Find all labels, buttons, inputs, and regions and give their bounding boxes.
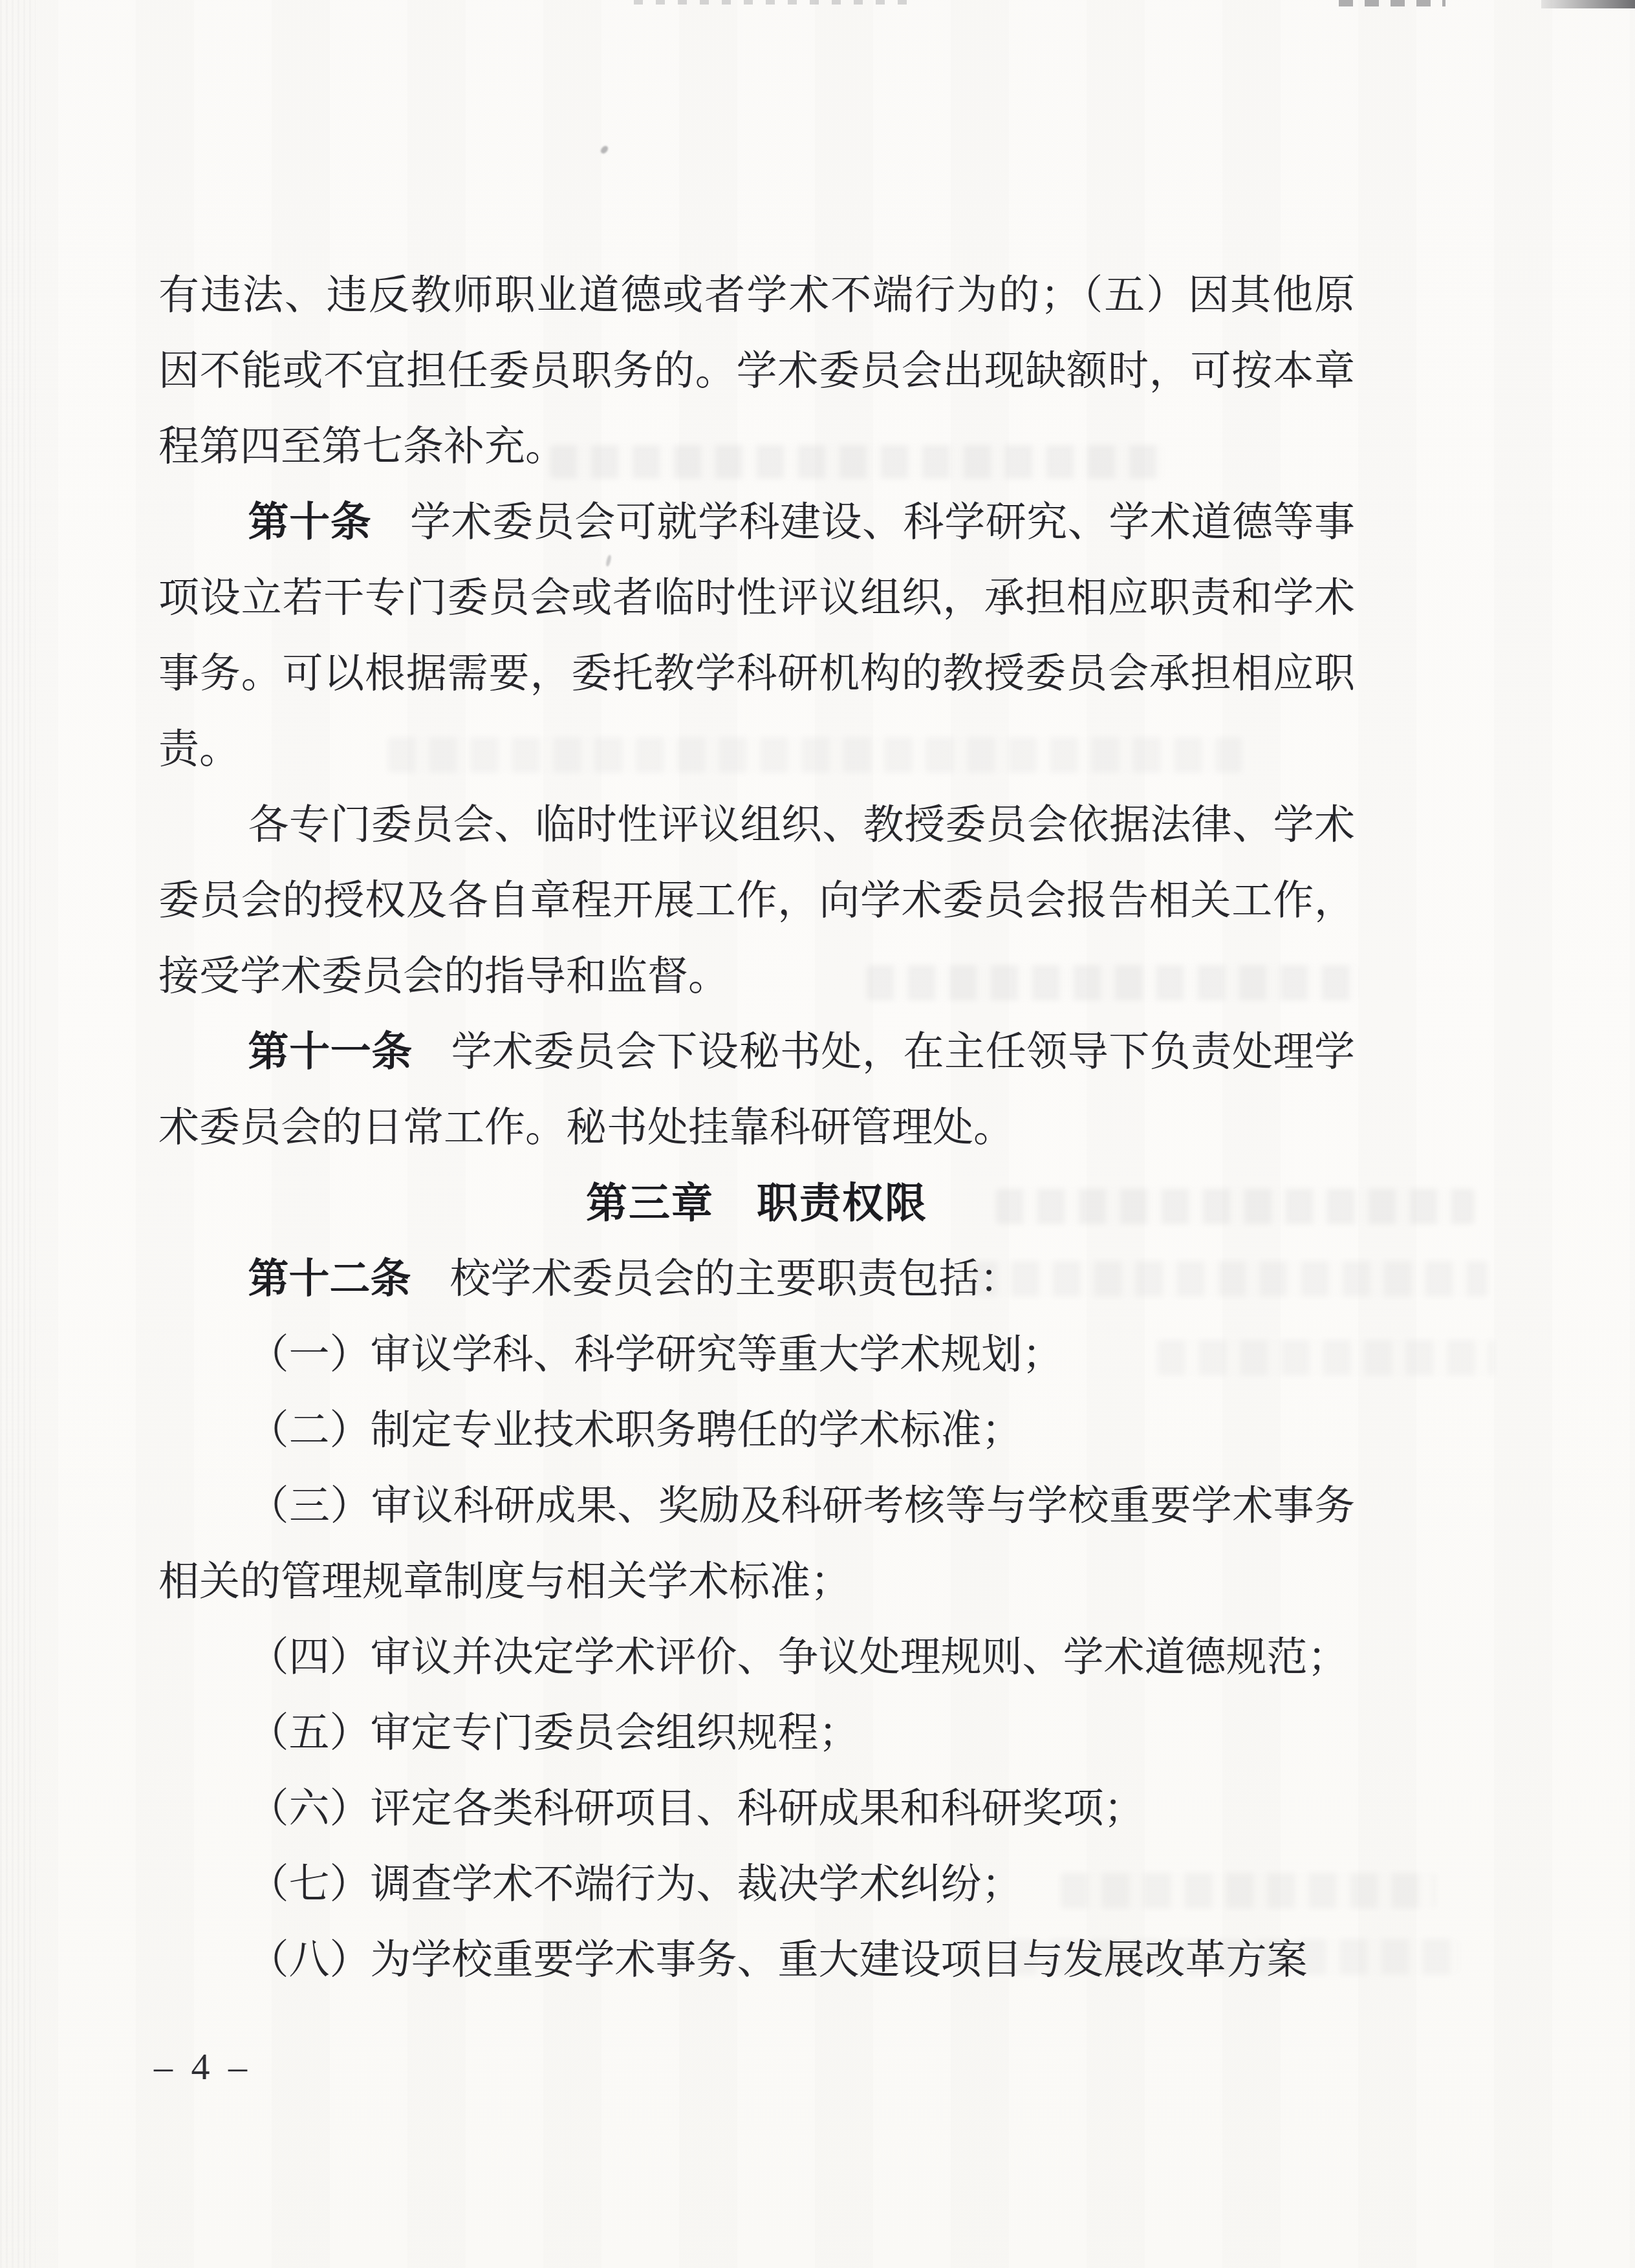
paragraph-text: 校学术委员会的主要职责包括：	[449, 1256, 1020, 1301]
dust-speck	[600, 145, 609, 155]
list-item-1: （一）审议学科、科学研究等重大学术规划；	[158, 1317, 1355, 1392]
list-item-3: （三）审议科研成果、奖励及科研考核等与学校重要学术事务相关的管理规章制度与相关学…	[158, 1468, 1355, 1619]
paragraph-text: （八）为学校重要学术事务、重大建设项目与发展改革方案	[248, 1937, 1308, 1982]
paragraph-text: （五）审定专门委员会组织规程；	[248, 1710, 860, 1755]
article-label: 第十一条	[248, 1029, 413, 1074]
list-item-2: （二）制定专业技术职务聘任的学术标准；	[158, 1392, 1355, 1468]
paragraph-article-11: 第十一条学术委员会下设秘书处，在主任领导下负责处理学术委员会的日常工作。秘书处挂…	[158, 1014, 1355, 1165]
paragraph-text: （三）审议科研成果、奖励及科研考核等与学校重要学术事务相关的管理规章制度与相关学…	[158, 1483, 1355, 1604]
paragraph-continuation: 有违法、违反教师职业道德或者学术不端行为的；（五）因其他原因不能或不宜担任委员职…	[158, 257, 1355, 484]
article-label: 第十二条	[248, 1256, 411, 1301]
scan-left-edge-streaks	[0, 0, 36, 2268]
list-item-4: （四）审议并决定学术评价、争议处理规则、学术道德规范；	[158, 1619, 1355, 1695]
page-number: – 4 –	[154, 2045, 252, 2088]
scan-top-edge-marks	[634, 0, 912, 5]
paragraph-text: （二）制定专业技术职务聘任的学术标准；	[248, 1407, 1023, 1453]
paragraph-text: （一）审议学科、科学研究等重大学术规划；	[248, 1332, 1063, 1377]
article-label: 第十条	[248, 499, 372, 545]
paragraph-text: （六）评定各类科研项目、科研成果和科研奖项；	[248, 1786, 1145, 1831]
paragraph-article-12: 第十二条校学术委员会的主要职责包括：	[158, 1241, 1355, 1317]
list-item-6: （六）评定各类科研项目、科研成果和科研奖项；	[158, 1771, 1355, 1846]
list-item-7: （七）调查学术不端行为、裁决学术纠纷；	[158, 1846, 1355, 1922]
paragraph-article-10: 第十条学术委员会可就学科建设、科学研究、学术道德等事项设立若干专门委员会或者临时…	[158, 484, 1355, 787]
list-item-8: （八）为学校重要学术事务、重大建设项目与发展改革方案	[158, 1922, 1355, 1998]
document-body: 有违法、违反教师职业道德或者学术不端行为的；（五）因其他原因不能或不宜担任委员职…	[158, 257, 1355, 1998]
paragraph-text: 有违法、违反教师职业道德或者学术不端行为的；（五）因其他原因不能或不宜担任委员职…	[158, 272, 1355, 469]
paragraph-text: （七）调查学术不端行为、裁决学术纠纷；	[248, 1861, 1023, 1906]
scan-top-edge-marks	[1339, 0, 1446, 6]
paragraph-text: （四）审议并决定学术评价、争议处理规则、学术道德规范；	[248, 1634, 1348, 1679]
list-item-5: （五）审定专门委员会组织规程；	[158, 1695, 1355, 1771]
scan-corner-smudge	[1541, 0, 1635, 8]
paragraph-text: 各专门委员会、临时性评议组织、教授委员会依据法律、学术委员会的授权及各自章程开展…	[158, 802, 1355, 999]
chapter-heading: 第三章 职责权限	[158, 1165, 1355, 1241]
paragraph: 各专门委员会、临时性评议组织、教授委员会依据法律、学术委员会的授权及各自章程开展…	[158, 787, 1355, 1014]
scanned-document-page: 有违法、违反教师职业道德或者学术不端行为的；（五）因其他原因不能或不宜担任委员职…	[0, 0, 1635, 2268]
